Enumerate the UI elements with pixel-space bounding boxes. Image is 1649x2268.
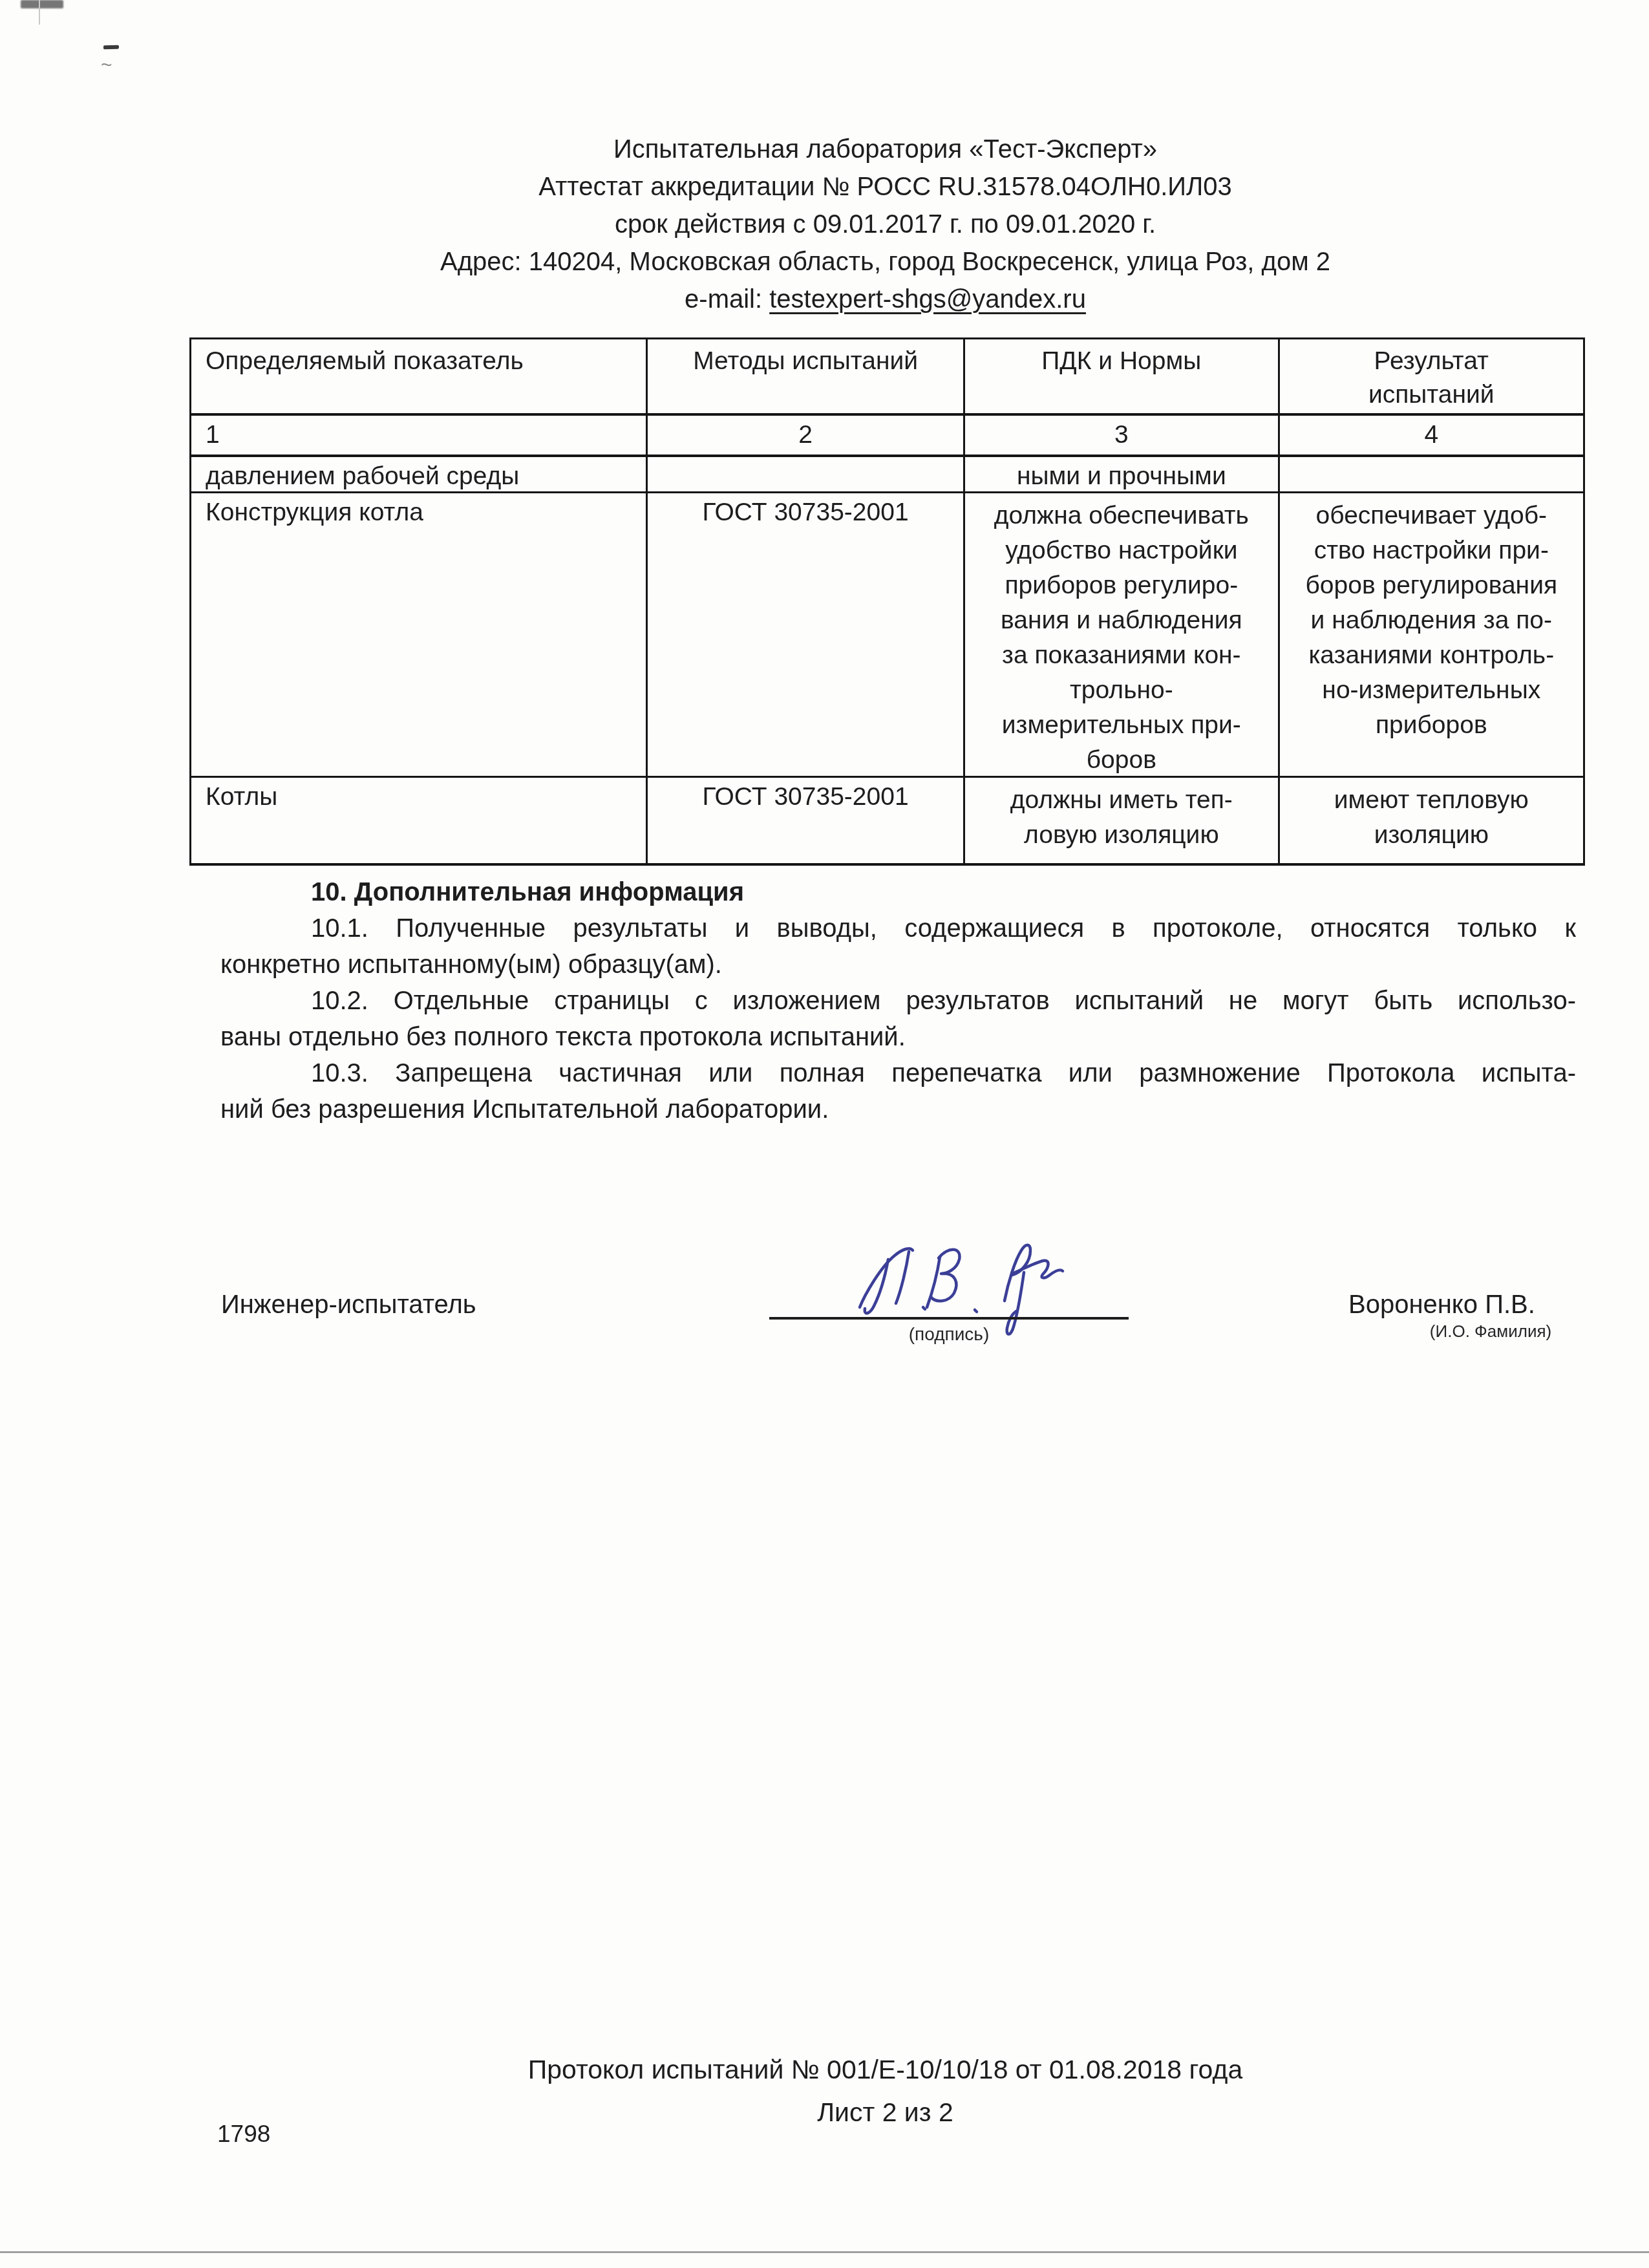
cell-indicator: Котлы: [191, 778, 648, 863]
col-number-2: 2: [648, 416, 965, 455]
col-number-3: 3: [965, 416, 1280, 455]
table-header-row: Определяемый показатель Методы испытаний…: [191, 339, 1583, 416]
signer-name: Вороненко П.В.: [1348, 1290, 1562, 1320]
cell-method: ГОСТ 30735-2001: [648, 493, 965, 776]
col-number-1: 1: [191, 416, 648, 455]
cell-norm: должны иметь теп- ловую изоляцию: [965, 778, 1280, 863]
table-row: давлением рабочей среды ными и прочными: [191, 457, 1583, 493]
table-row: Конструкция котла ГОСТ 30735-2001 должна…: [191, 493, 1583, 778]
clause-10-3-line: 10.3. Запрещена частичная или полная пер…: [220, 1055, 1576, 1091]
additional-info-section: 10. Дополнительная информация 10.1. Полу…: [189, 874, 1581, 1128]
table-row: Котлы ГОСТ 30735-2001 должны иметь теп- …: [191, 778, 1583, 863]
signer-name-caption: (И.О. Фамилия): [1420, 1321, 1562, 1342]
cell-result: имеют тепловую изоляцию: [1280, 778, 1583, 863]
signer-role-label: Инженер-испытатель: [221, 1290, 476, 1320]
page-number: 1798: [217, 2121, 270, 2148]
cell-result: [1280, 457, 1583, 491]
cell-method: [648, 457, 965, 491]
header-indicator: Определяемый показатель: [191, 339, 648, 413]
email-prefix: e-mail:: [685, 285, 769, 314]
scan-smudge: [21, 0, 63, 8]
signature-caption: (подпись): [769, 1324, 1129, 1345]
cell-norm: должна обеспечивать удобство настройки п…: [965, 493, 1280, 776]
sheet-number-line: Лист 2 из 2: [189, 2091, 1581, 2134]
header-methods: Методы испытаний: [648, 339, 965, 413]
col-number-4: 4: [1280, 416, 1583, 455]
lab-name: Испытательная лаборатория «Тест-Эксперт»: [189, 131, 1581, 168]
email-address: testexpert-shgs@yandex.ru: [769, 285, 1086, 314]
clause-10-2-line: ваны отдельно без полного текста протоко…: [220, 1019, 1576, 1055]
validity-period: срок действия с 09.01.2017 г. по 09.01.2…: [189, 206, 1581, 243]
cell-indicator: Конструкция котла: [191, 493, 648, 776]
lab-address: Адрес: 140204, Московская область, город…: [189, 243, 1581, 281]
clause-10-1-line: конкретно испытанному(ым) образцу(ам).: [220, 947, 1576, 983]
lab-email-line: e-mail: testexpert-shgs@yandex.ru: [189, 281, 1581, 318]
scan-edge-line: [39, 0, 40, 25]
cell-indicator: давлением рабочей среды: [191, 457, 648, 491]
header-result: Результат испытаний: [1280, 339, 1583, 413]
column-numbers-row: 1 2 3 4: [191, 416, 1583, 457]
clause-10-1-line: 10.1. Полученные результаты и выводы, со…: [220, 910, 1576, 947]
cell-result: обеспечивает удоб- ство настройки при- б…: [1280, 493, 1583, 776]
protocol-number-line: Протокол испытаний № 001/Е-10/10/18 от 0…: [189, 2048, 1581, 2091]
scan-tilde-mark: ~: [101, 54, 112, 76]
scan-dash-mark: [103, 45, 119, 50]
accreditation-number: Аттестат аккредитации № РОСС RU.31578.04…: [189, 168, 1581, 206]
clause-10-3-line: ний без разрешения Испытательной лаборат…: [220, 1091, 1576, 1128]
clause-10-2-line: 10.2. Отдельные страницы с изложением ре…: [220, 983, 1576, 1019]
lab-header: Испытательная лаборатория «Тест-Эксперт»…: [189, 131, 1581, 318]
cell-norm: ными и прочными: [965, 457, 1280, 491]
cell-method: ГОСТ 30735-2001: [648, 778, 965, 863]
scanned-document-page: ~ Испытательная лаборатория «Тест-Экспер…: [0, 0, 1649, 2268]
section-heading: 10. Дополнительная информация: [220, 874, 1576, 910]
signature-line: [769, 1317, 1129, 1320]
scan-bottom-edge: [0, 2251, 1649, 2253]
test-results-table: Определяемый показатель Методы испытаний…: [189, 337, 1585, 866]
header-norms: ПДК и Нормы: [965, 339, 1280, 413]
document-footer: Протокол испытаний № 001/Е-10/10/18 от 0…: [189, 2048, 1581, 2134]
